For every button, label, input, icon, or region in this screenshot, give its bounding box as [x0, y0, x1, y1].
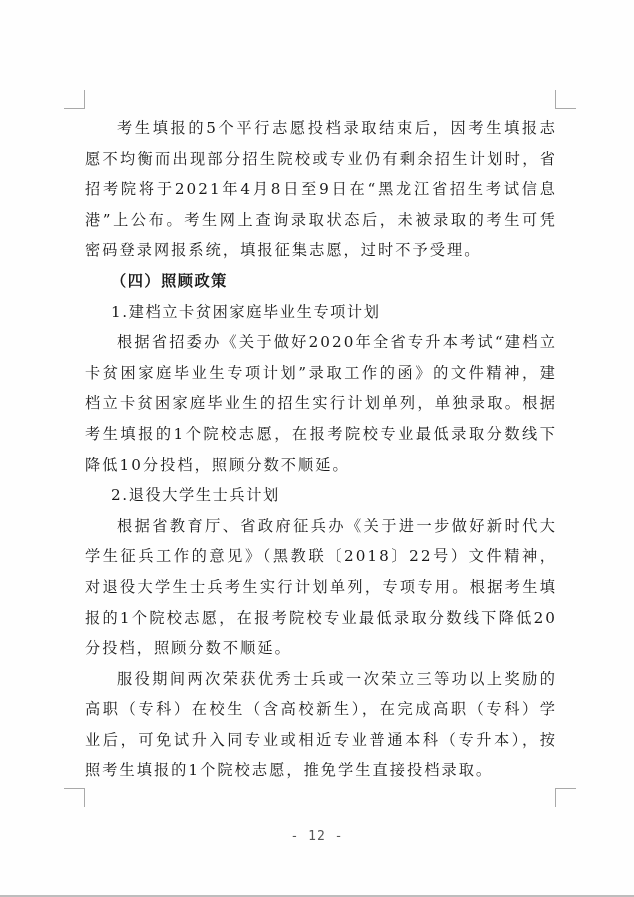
paragraph-poverty-plan: 根据省招委办《关于做好2020年全省专升本考试“建档立卡贫困家庭毕业生专项计划”… — [85, 327, 557, 480]
subheading-poverty-plan: 1.建档立卡贫困家庭毕业生专项计划 — [85, 297, 557, 328]
page-number: - 12 - — [0, 829, 634, 844]
subheading-veteran-plan: 2.退役大学生士兵计划 — [85, 480, 557, 511]
document-page: 考生填报的5个平行志愿投档录取结束后，因考生填报志愿不均衡而出现部分招生院校或专… — [0, 0, 634, 897]
paragraph-honored-soldiers: 服役期间两次荣获优秀士兵或一次荣立三等功以上奖励的高职（专科）在校生（含高校新生… — [85, 664, 557, 786]
crop-mark-top-left — [64, 90, 85, 109]
paragraph-veteran-plan: 根据省教育厅、省政府征兵办《关于进一步做好新时代大学生征兵工作的意见》（黑教联〔… — [85, 511, 557, 664]
crop-mark-bottom-left — [64, 788, 85, 807]
document-body: 考生填报的5个平行志愿投档录取结束后，因考生填报志愿不均衡而出现部分招生院校或专… — [85, 113, 557, 786]
section-heading-care-policy: （四）照顾政策 — [85, 266, 557, 297]
crop-mark-top-right — [555, 90, 576, 109]
paragraph-supplementary-admission: 考生填报的5个平行志愿投档录取结束后，因考生填报志愿不均衡而出现部分招生院校或专… — [85, 113, 557, 266]
crop-mark-bottom-right — [555, 788, 576, 807]
